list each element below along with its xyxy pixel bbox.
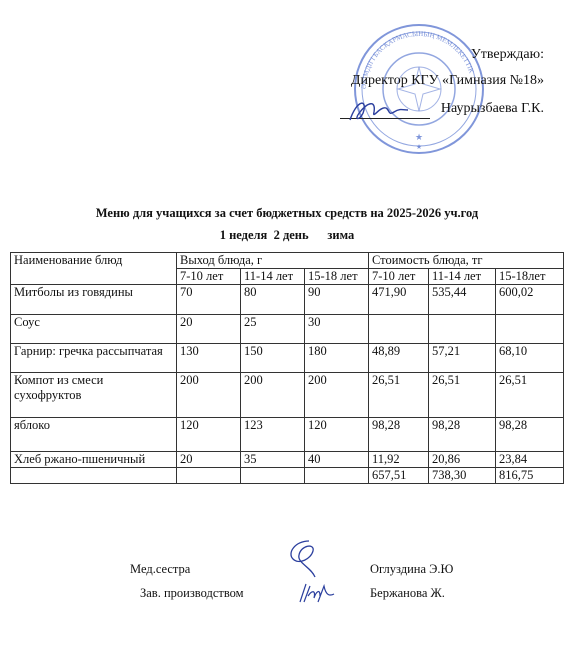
dish-name: Компот из смеси сухофруктов (11, 373, 177, 418)
header-cost-age: 15-18лет (496, 269, 564, 285)
cost-cell: 23,84 (496, 452, 564, 468)
cost-cell: 57,21 (429, 344, 496, 373)
cost-cell: 26,51 (429, 373, 496, 418)
approval-name: Наурызбаева Г.К. (441, 101, 544, 117)
day-label: 2 день (274, 228, 309, 243)
cost-cell (429, 315, 496, 344)
output-cell: 20 (177, 315, 241, 344)
output-cell: 130 (177, 344, 241, 373)
nurse-signature (283, 537, 323, 582)
cost-cell: 68,10 (496, 344, 564, 373)
cost-cell (496, 315, 564, 344)
cost-cell: 98,28 (429, 418, 496, 452)
production-label: Зав. производством (140, 586, 244, 601)
season-label: зима (327, 228, 354, 243)
cost-cell: 471,90 (369, 285, 429, 315)
cost-total: 816,75 (496, 468, 564, 484)
cost-total: 738,30 (429, 468, 496, 484)
cost-cell: 26,51 (496, 373, 564, 418)
production-name: Бержанова Ж. (370, 586, 445, 601)
totals-label (11, 468, 177, 484)
output-cell: 70 (177, 285, 241, 315)
document-title: Меню для учащихся за счет бюджетных сред… (0, 206, 574, 221)
output-cell: 180 (305, 344, 369, 373)
document-subtitle: 1 неделя 2 день зима (0, 228, 574, 243)
approval-role: Директор КГУ «Гимназия №18» (351, 73, 544, 89)
output-cell: 90 (305, 285, 369, 315)
table-row: Гарнир: гречка рассыпчатая13015018048,89… (11, 344, 564, 373)
svg-text:★: ★ (416, 143, 422, 151)
header-cost-age: 7-10 лет (369, 269, 429, 285)
cost-total: 657,51 (369, 468, 429, 484)
header-dish: Наименование блюд (11, 253, 177, 285)
cost-cell: 26,51 (369, 373, 429, 418)
nurse-label: Мед.сестра (130, 562, 190, 577)
output-total (241, 468, 305, 484)
output-total (177, 468, 241, 484)
output-cell: 35 (241, 452, 305, 468)
output-cell: 20 (177, 452, 241, 468)
output-cell: 40 (305, 452, 369, 468)
output-cell: 30 (305, 315, 369, 344)
cost-cell: 535,44 (429, 285, 496, 315)
week-label: 1 неделя (220, 228, 268, 243)
output-total (305, 468, 369, 484)
output-cell: 200 (177, 373, 241, 418)
cost-cell (369, 315, 429, 344)
approval-title: Утверждаю: (471, 47, 544, 63)
cost-cell: 11,92 (369, 452, 429, 468)
output-cell: 120 (305, 418, 369, 452)
cost-cell: 48,89 (369, 344, 429, 373)
nurse-name: Оглуздина Э.Ю (370, 562, 453, 577)
header-output: Выход блюда, г (177, 253, 369, 269)
cost-cell: 600,02 (496, 285, 564, 315)
header-cost: Стоимость блюда, тг (369, 253, 564, 269)
table-row: Митболы из говядины708090471,90535,44600… (11, 285, 564, 315)
header-output-age: 15-18 лет (305, 269, 369, 285)
production-signature (296, 582, 336, 604)
table-row: яблоко12012312098,2898,2898,28 (11, 418, 564, 452)
cost-cell: 20,86 (429, 452, 496, 468)
output-cell: 200 (241, 373, 305, 418)
official-stamp: ★ ★ ӘКІМДІГІ БАСҚАРМАСЫНЫҢ МЕМЛЕКЕТТІК (352, 22, 486, 156)
dish-name: Хлеб ржано-пшеничный (11, 452, 177, 468)
header-output-age: 11-14 лет (241, 269, 305, 285)
totals-row: 657,51738,30816,75 (11, 468, 564, 484)
output-cell: 120 (177, 418, 241, 452)
director-signature (342, 96, 432, 124)
output-cell: 150 (241, 344, 305, 373)
dish-name: яблоко (11, 418, 177, 452)
table-row: Компот из смеси сухофруктов20020020026,5… (11, 373, 564, 418)
header-cost-age: 11-14 лет (429, 269, 496, 285)
dish-name: Митболы из говядины (11, 285, 177, 315)
table-row: Хлеб ржано-пшеничный20354011,9220,8623,8… (11, 452, 564, 468)
cost-cell: 98,28 (369, 418, 429, 452)
svg-text:★: ★ (415, 132, 423, 142)
table-row: Соус202530 (11, 315, 564, 344)
output-cell: 200 (305, 373, 369, 418)
output-cell: 80 (241, 285, 305, 315)
dish-name: Соус (11, 315, 177, 344)
dish-name: Гарнир: гречка рассыпчатая (11, 344, 177, 373)
output-cell: 25 (241, 315, 305, 344)
output-cell: 123 (241, 418, 305, 452)
header-output-age: 7-10 лет (177, 269, 241, 285)
cost-cell: 98,28 (496, 418, 564, 452)
menu-table: Наименование блюд Выход блюда, г Стоимос… (10, 252, 564, 484)
